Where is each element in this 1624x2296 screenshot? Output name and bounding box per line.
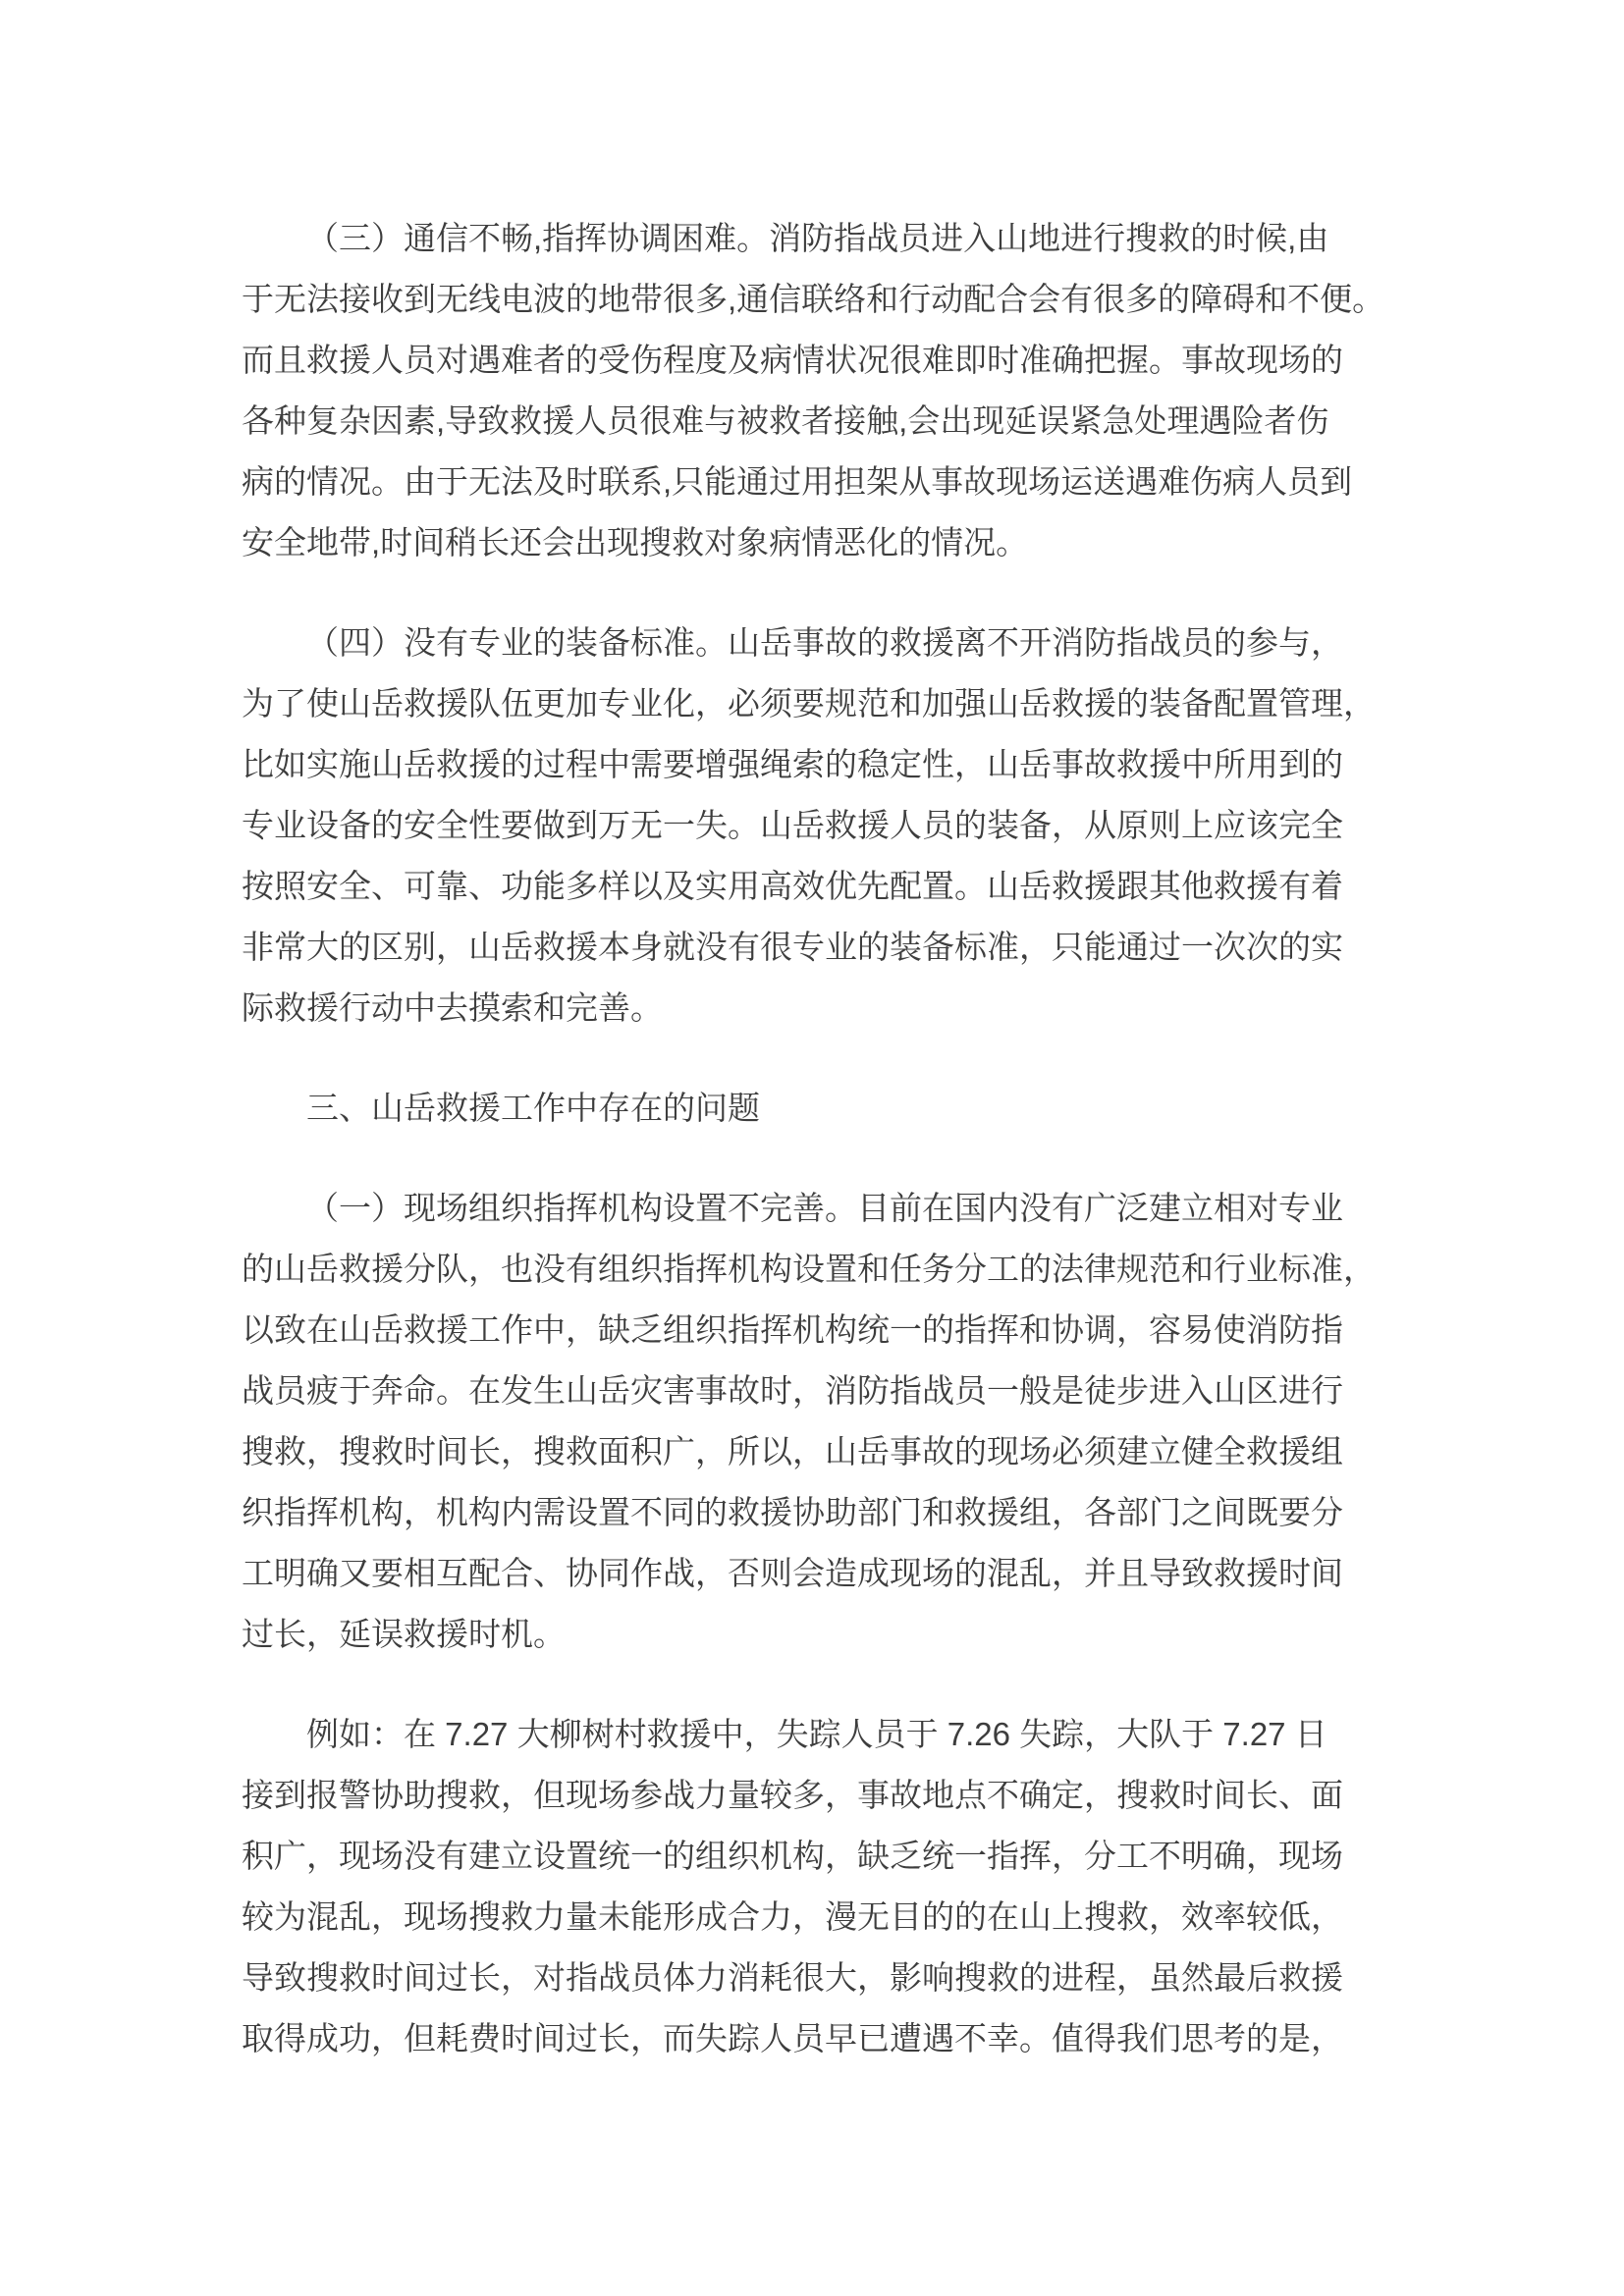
paragraph-item-1: （一）现场组织指挥机构设置不完善。目前在国内没有广泛建立相对专业 的山岳救援分队… bbox=[242, 1178, 1449, 1665]
paragraph-item-4: （四）没有专业的装备标准。山岳事故的救援离不开消防指战员的参与， 为了使山岳救援… bbox=[242, 613, 1449, 1039]
document-page: （三）通信不畅,指挥协调困难。消防指战员进入山地进行搜救的时候,由 于无法接收到… bbox=[0, 0, 1624, 2296]
paragraph-item-3: （三）通信不畅,指挥协调困难。消防指战员进入山地进行搜救的时候,由 于无法接收到… bbox=[242, 208, 1449, 573]
paragraph-example: 例如：在 7.27 大柳树村救援中，失踪人员于 7.26 失踪，大队于 7.27… bbox=[242, 1704, 1449, 2069]
section-heading: 三、山岳救援工作中存在的问题 bbox=[242, 1078, 1449, 1139]
document-body: （三）通信不畅,指挥协调困难。消防指战员进入山地进行搜救的时候,由 于无法接收到… bbox=[242, 208, 1449, 2069]
